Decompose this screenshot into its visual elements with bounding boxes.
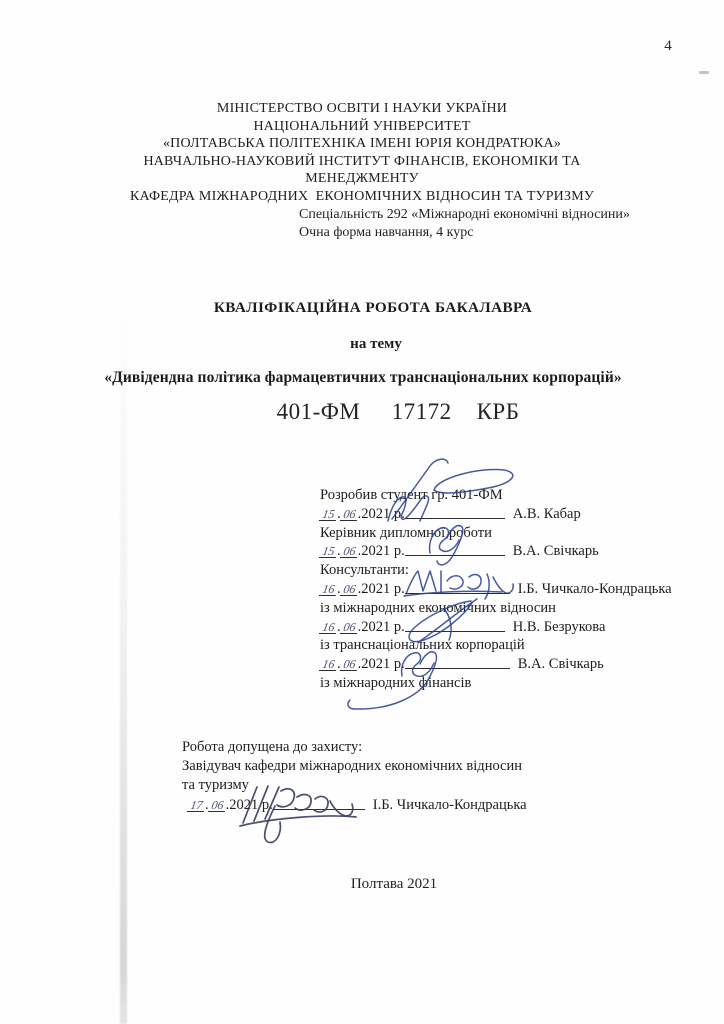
consultants-label: Консультанти: <box>320 561 715 580</box>
header-line-university-name: «ПОЛТАВСЬКА ПОЛІТЕХНІКА ІМЕНІ ЮРІЯ КОНДР… <box>0 135 724 153</box>
signature-line <box>405 506 505 519</box>
date-year-suffix: .2021 р. <box>358 506 405 522</box>
scan-artifact-streak <box>120 290 127 1024</box>
header-line-department: КАФЕДРА МІЖНАРОДНИХ ЕКОНОМІЧНИХ ВІДНОСИН… <box>0 188 724 206</box>
signature-line <box>405 656 510 669</box>
approval-line-3: та туризму <box>182 776 662 795</box>
page-number: 4 <box>656 38 680 55</box>
handwritten-month: 06 <box>339 621 358 634</box>
developer-label: Розробив студент гр. 401-ФМ <box>320 486 715 505</box>
work-type-title: КВАЛІФІКАЦІЙНА РОБОТА БАКАЛАВРА <box>214 299 532 317</box>
signer-name: І.Б. Чичкало-Кондрацька <box>518 581 672 597</box>
handwritten-day: 15 <box>319 545 338 558</box>
signer-name: В.А. Свічкарь <box>518 656 604 672</box>
signature-line <box>405 543 505 556</box>
signature-line <box>405 619 505 632</box>
approval-block: Робота допущена до захисту: Завідувач ка… <box>182 738 662 815</box>
topic-title: «Дивідендна політика фармацевтичних тран… <box>104 369 621 387</box>
handwritten-month: 06 <box>207 799 226 812</box>
signer-name: І.Б. Чичкало-Кондрацька <box>373 797 527 813</box>
handwritten-day: 16 <box>319 583 338 596</box>
signer-name: А.В. Кабар <box>513 506 581 522</box>
university-header: МІНІСТЕРСТВО ОСВІТИ І НАУКИ УКРАЇНИ НАЦІ… <box>0 100 724 206</box>
header-line-university: НАЦІОНАЛЬНИЙ УНІВЕРСИТЕТ <box>0 118 724 136</box>
signatures-block: Розробив студент гр. 401-ФМ 15.06.2021 р… <box>320 486 715 693</box>
signature-row-consultant-3: 16.06.2021 р.В.А. Свічкарь <box>320 655 715 674</box>
program-info: Спеціальність 292 «Міжнародні економічні… <box>299 206 630 241</box>
approval-line-1: Робота допущена до захисту: <box>182 738 662 757</box>
document-page: 4 МІНІСТЕРСТВО ОСВІТИ І НАУКИ УКРАЇНИ НА… <box>0 0 724 1024</box>
signer-name: В.А. Свічкарь <box>513 543 599 559</box>
work-code: 401-ФМ 17172 КРБ <box>277 399 520 425</box>
signature-row-consultant-2: 16.06.2021 р.Н.В. Безрукова <box>320 618 715 637</box>
signature-row-developer: 15.06.2021 р.А.В. Кабар <box>320 505 715 524</box>
date-year-suffix: .2021 р. <box>358 581 405 597</box>
date-year-suffix: .2021 р. <box>358 543 405 559</box>
city-year: Полтава 2021 <box>351 876 437 893</box>
specialty-line: Спеціальність 292 «Міжнародні економічні… <box>299 206 630 224</box>
scan-artifact-smudge <box>699 71 709 74</box>
study-form-line: Очна форма навчання, 4 курс <box>299 224 630 242</box>
date-year-suffix: .2021 р. <box>358 619 405 635</box>
handwritten-day: 16 <box>319 621 338 634</box>
supervisor-label: Керівник дипломної роботи <box>320 524 715 543</box>
handwritten-day: 16 <box>319 658 338 671</box>
signature-line <box>273 797 365 810</box>
handwritten-month: 06 <box>339 545 358 558</box>
consultant-subject-1: із міжнародних економічних відносин <box>320 599 715 618</box>
handwritten-month: 06 <box>339 658 358 671</box>
consultant-subject-3: із міжнародних фінансів <box>320 674 715 693</box>
on-topic-label: на тему <box>350 336 402 353</box>
date-year-suffix: .2021 р. <box>358 656 405 672</box>
handwritten-day: 15 <box>319 508 338 521</box>
date-year-suffix: .2021 р. <box>226 797 273 813</box>
handwritten-day: 17 <box>187 799 206 812</box>
signature-line <box>405 581 510 594</box>
signer-name: Н.В. Безрукова <box>513 619 606 635</box>
signature-row-supervisor: 15.06.2021 р.В.А. Свічкарь <box>320 542 715 561</box>
header-line-institute-cont: МЕНЕДЖМЕНТУ <box>0 170 724 188</box>
header-line-ministry: МІНІСТЕРСТВО ОСВІТИ І НАУКИ УКРАЇНИ <box>0 100 724 118</box>
handwritten-month: 06 <box>339 583 358 596</box>
header-line-institute: НАВЧАЛЬНО-НАУКОВИЙ ІНСТИТУТ ФІНАНСІВ, ЕК… <box>0 153 724 171</box>
signature-row-consultant-1: 16.06.2021 р.І.Б. Чичкало-Кондрацька <box>320 580 715 599</box>
handwritten-month: 06 <box>339 508 358 521</box>
approval-signature-row: 17.06.2021 р.І.Б. Чичкало-Кондрацька <box>182 796 662 815</box>
consultant-subject-2: із транснаціональних корпорацій <box>320 636 715 655</box>
approval-line-2: Завідувач кафедри міжнародних економічни… <box>182 757 662 776</box>
